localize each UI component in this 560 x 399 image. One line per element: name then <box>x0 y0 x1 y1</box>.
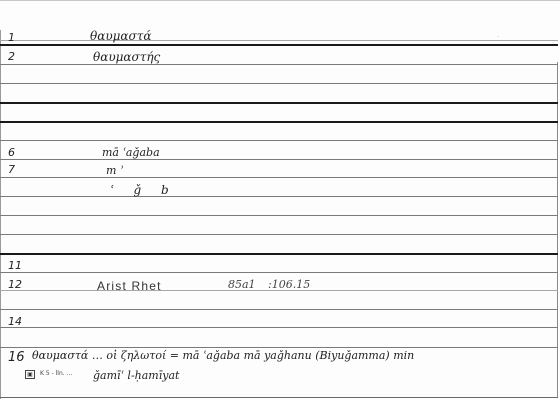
rule-line <box>0 272 558 273</box>
rule-line <box>0 327 558 328</box>
rule-line <box>0 64 558 65</box>
rule-line <box>0 83 558 84</box>
page-line-reference: :106.15 <box>268 279 310 290</box>
rule-line <box>0 159 558 160</box>
arabic-root: ʿ ǧ b <box>110 184 177 196</box>
greek-headword: θαυμαστά <box>90 30 151 42</box>
rule-line <box>0 215 558 216</box>
line-number: 11 <box>8 259 22 272</box>
rule-line <box>0 121 558 123</box>
scan-speck: ᐧ <box>497 33 499 41</box>
rule-line <box>0 44 558 46</box>
rule-line <box>0 177 558 178</box>
source-abbreviation: Arist Rhet <box>97 279 162 293</box>
rule-line <box>0 196 558 197</box>
context-passage-continuation: ǧamīʿ l-ḥamīyat <box>93 370 179 381</box>
rule-line <box>0 40 558 41</box>
rule-line <box>0 140 558 141</box>
rule-line <box>0 309 558 310</box>
line-number: 14 <box>8 315 22 328</box>
line-number: 16 <box>8 350 25 365</box>
rule-line <box>0 102 558 104</box>
line-number: 2 <box>8 50 15 63</box>
arabic-root-partial: m ʾ <box>106 165 123 176</box>
stamp-icon: ▣ <box>25 370 35 379</box>
stamp-label: K 5 - lln. ... <box>40 370 72 377</box>
line-number: 7 <box>8 163 15 176</box>
context-passage: θαυμαστά … οἱ ζηλωτοί = mā ʿaǧaba mā yaǧ… <box>32 350 414 361</box>
index-card: 1 2 6 7 11 12 14 16 θαυμαστά θαυμαστής m… <box>0 0 560 399</box>
card-top-edge <box>0 0 560 1</box>
arabic-translation: mā ʿaǧaba <box>102 147 160 158</box>
line-number: 6 <box>8 146 15 159</box>
greek-variant: θαυμαστής <box>93 51 160 63</box>
rule-line <box>0 234 558 235</box>
bekker-reference: 85a1 <box>228 279 256 290</box>
rule-line <box>0 347 558 348</box>
rule-line <box>0 253 558 255</box>
card-bottom-edge <box>0 397 558 398</box>
line-number: 12 <box>8 278 22 291</box>
line-number: 1 <box>8 31 15 44</box>
